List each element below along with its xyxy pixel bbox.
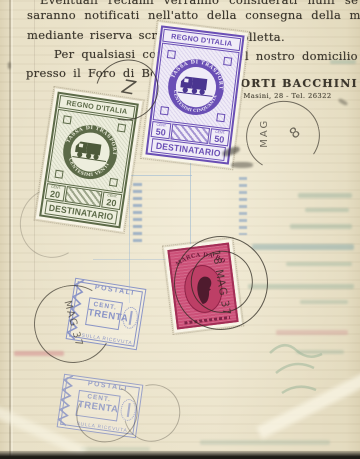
postmark-squiggle: Z [120, 76, 137, 100]
company-address: A. Masini, 28 - Tel. 26322 [233, 92, 332, 100]
stamp-vignette: TASSA DI TRASPORTI CENTESIMI CINQUANTA [153, 43, 240, 130]
stamp-value-left: CENT.50 [151, 121, 172, 139]
bleed-text-line [298, 193, 352, 198]
letter-line: saranno notificati nell'atto della conse… [27, 8, 360, 22]
scan-edge [0, 451, 360, 459]
stamp-value-right: CENT.20 [101, 191, 122, 210]
bleed-text-line [200, 440, 330, 445]
bleed-vertical-mark [239, 177, 247, 235]
bleed-vertical-mark [133, 183, 142, 245]
truck-icon: TASSA DI TRASPORTI CENTESIMI VENTI [54, 115, 127, 188]
bleed-text-line [300, 300, 348, 304]
ink-smudge [231, 162, 253, 168]
postmark-date: MAG 37 [61, 299, 84, 348]
bleed-text-line [305, 208, 349, 212]
bleed-handwriting [262, 335, 352, 405]
bleed-text-line [252, 244, 354, 250]
company-name: PORTI BACCHINI [231, 77, 358, 90]
truck-icon: TASSA DI TRASPORTI CENTESIMI CINQUANTA [159, 49, 233, 123]
ink-speck [8, 62, 11, 69]
bleed-text-line [290, 224, 352, 229]
postmark-month: MAG [259, 119, 270, 148]
postmark-day: 8 [287, 124, 304, 142]
stamp-value-right: CENT.50 [209, 128, 230, 146]
postmark-inner-ring [186, 246, 258, 318]
stamp-transport-50c-body: REGNO D'ITALIA TASSA DI TRASPORTI CENTES… [145, 25, 244, 164]
stamp-value-left: CENT.20 [45, 183, 66, 202]
letter-line-cut: Eventuali reclami verranno considerati n… [40, 0, 360, 7]
bleed-form-line [130, 175, 192, 176]
bleed-text-line [286, 262, 352, 266]
letter-line: il nostro domicilio [241, 49, 358, 63]
stamp-vignette: TASSA DI TRASPORTI CENTESIMI VENTI [47, 109, 133, 193]
